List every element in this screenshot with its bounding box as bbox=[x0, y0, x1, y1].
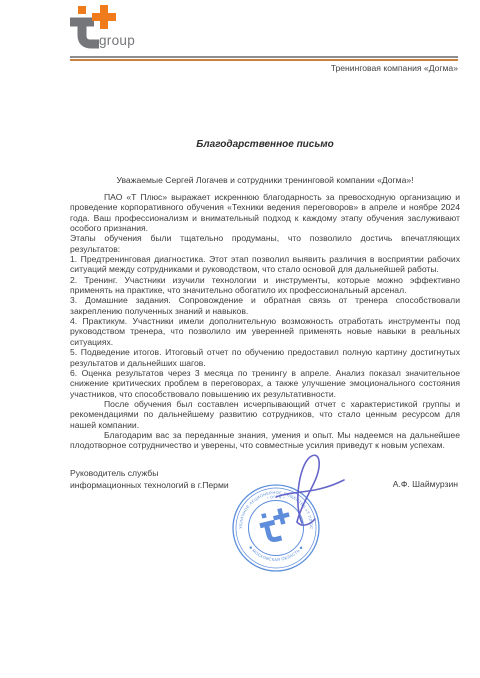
tplus-logo: group bbox=[68, 4, 218, 56]
greeting-line: Уважаемые Сергей Логачев и сотрудники тр… bbox=[70, 175, 460, 185]
addressee-line: Тренинговая компания «Догма» bbox=[331, 63, 458, 73]
logo-group-label: group bbox=[99, 33, 135, 48]
paragraph-intro: ПАО «Т Плюс» выражает искреннюю благодар… bbox=[70, 192, 460, 233]
list-item-3: 3. Домашние задания. Сопровождение и обр… bbox=[70, 295, 460, 316]
paragraph-stages-lead: Этапы обучения были тщательно продуманы,… bbox=[70, 233, 460, 254]
header-divider-gray bbox=[70, 56, 458, 58]
paragraph-thanks: Благодарим вас за переданные знания, уме… bbox=[70, 430, 460, 451]
signatory-name: А.Ф. Шаймурзин bbox=[393, 479, 458, 489]
letter-title: Благодарственное письмо bbox=[70, 139, 460, 150]
list-item-2: 2. Тренинг. Участники изучили технологии… bbox=[70, 275, 460, 296]
signatory-role-line2: информационных технологий в г.Перми bbox=[70, 480, 229, 492]
paragraph-report: После обучения был составлен исчерпывающ… bbox=[70, 399, 460, 430]
list-item-1: 1. Предтренинговая диагностика. Этот эта… bbox=[70, 254, 460, 275]
handwritten-signature-icon bbox=[268, 447, 352, 535]
signatory-role-line1: Руководитель службы bbox=[70, 468, 229, 480]
list-item-5: 5. Подведение итогов. Итоговый отчет по … bbox=[70, 347, 460, 368]
list-item-4: 4. Практикум. Участники имели дополнител… bbox=[70, 316, 460, 347]
letter-page: group Тренинговая компания «Догма» Благо… bbox=[0, 0, 480, 678]
list-item-6: 6. Оценка результатов через 3 месяца по … bbox=[70, 368, 460, 399]
header-divider-orange bbox=[70, 59, 458, 61]
signatory-role: Руководитель службы информационных техно… bbox=[70, 468, 229, 491]
letter-body: ПАО «Т Плюс» выражает искреннюю благодар… bbox=[70, 192, 460, 451]
